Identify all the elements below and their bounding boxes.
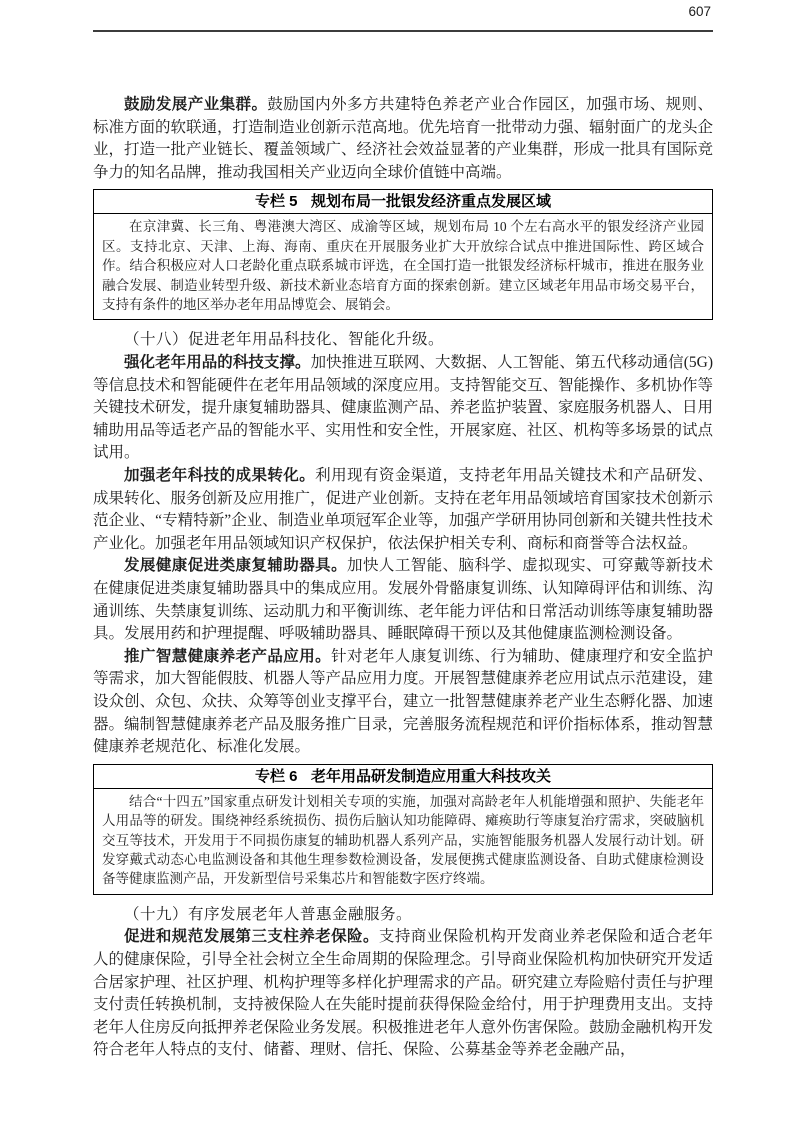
paragraph-lead: 鼓励发展产业集群。 [124, 96, 267, 113]
column-box-6-title: 专栏 6老年用品研发制造应用重大科技攻关 [94, 765, 712, 789]
paragraph-lead: 推广智慧健康养老产品应用。 [124, 648, 331, 665]
column-box-5-body-text: 在京津冀、长三角、粤港澳大湾区、成渝等区域，规划布局 10 个左右高水平的银发经… [102, 217, 704, 314]
paragraph-lead: 加强老年科技的成果转化。 [124, 467, 315, 484]
column-box-6: 专栏 6老年用品研发制造应用重大科技攻关 结合“十四五”国家重点研发计划相关专项… [93, 764, 713, 895]
page-content: 鼓励发展产业集群。鼓励国内外多方共建特色养老产业合作园区，加强市场、规则、标准方… [93, 94, 713, 1062]
paragraph-lead: 强化老年用品的科技支撑。 [124, 354, 311, 371]
page-header: 607 [93, 0, 713, 32]
column-box-6-body-text: 结合“十四五”国家重点研发计划相关专项的实施，加强对高龄老年人机能增强和照护、失… [102, 792, 704, 889]
paragraph-industry-clusters: 鼓励发展产业集群。鼓励国内外多方共建特色养老产业合作园区，加强市场、规则、标准方… [93, 94, 713, 184]
column-box-5: 专栏 5规划布局一批银发经济重点发展区域 在京津冀、长三角、粤港澳大湾区、成渝等… [93, 189, 713, 320]
paragraph-text: 支持商业保险机构开发商业养老保险和适合老年人的健康保险，引导全社会树立全生命周期… [93, 928, 713, 1058]
paragraph-rehab-devices: 发展健康促进类康复辅助器具。加快人工智能、脑科学、虚拟现实、可穿戴等新技术在健康… [93, 555, 713, 645]
paragraph-tech-support: 强化老年用品的科技支撑。加快推进互联网、大数据、人工智能、第五代移动通信(5G)… [93, 352, 713, 465]
column-box-5-body: 在京津冀、长三角、粤港澳大湾区、成渝等区域，规划布局 10 个左右高水平的银发经… [94, 214, 712, 319]
section-heading-18: （十八）促进老年用品科技化、智能化升级。 [93, 329, 713, 352]
paragraph-lead: 发展健康促进类康复辅助器具。 [124, 557, 347, 574]
column-box-5-title: 专栏 5规划布局一批银发经济重点发展区域 [94, 190, 712, 214]
paragraph-pension-insurance: 促进和规范发展第三支柱养老保险。支持商业保险机构开发商业养老保险和适合老年人的健… [93, 926, 713, 1062]
paragraph-lead: 促进和规范发展第三支柱养老保险。 [124, 928, 379, 945]
section-heading-19: （十九）有序发展老年人普惠金融服务。 [93, 904, 713, 927]
column-box-5-title-text: 规划布局一批银发经济重点发展区域 [311, 193, 551, 210]
page-number: 607 [93, 0, 713, 19]
paragraph-achievement-transfer: 加强老年科技的成果转化。利用现有资金渠道，支持老年用品关键技术和产品研发、成果转… [93, 465, 713, 555]
header-rule [93, 30, 713, 32]
column-box-6-body: 结合“十四五”国家重点研发计划相关专项的实施，加强对高龄老年人机能增强和照护、失… [94, 789, 712, 894]
column-box-6-title-text: 老年用品研发制造应用重大科技攻关 [311, 768, 551, 785]
column-box-6-label: 专栏 6 [255, 768, 298, 785]
paragraph-smart-health-products: 推广智慧健康养老产品应用。针对老年人康复训练、行为辅助、健康理疗和安全监护等需求… [93, 646, 713, 759]
document-page: 607 鼓励发展产业集群。鼓励国内外多方共建特色养老产业合作园区，加强市场、规则… [0, 0, 793, 1122]
column-box-5-label: 专栏 5 [255, 193, 298, 210]
